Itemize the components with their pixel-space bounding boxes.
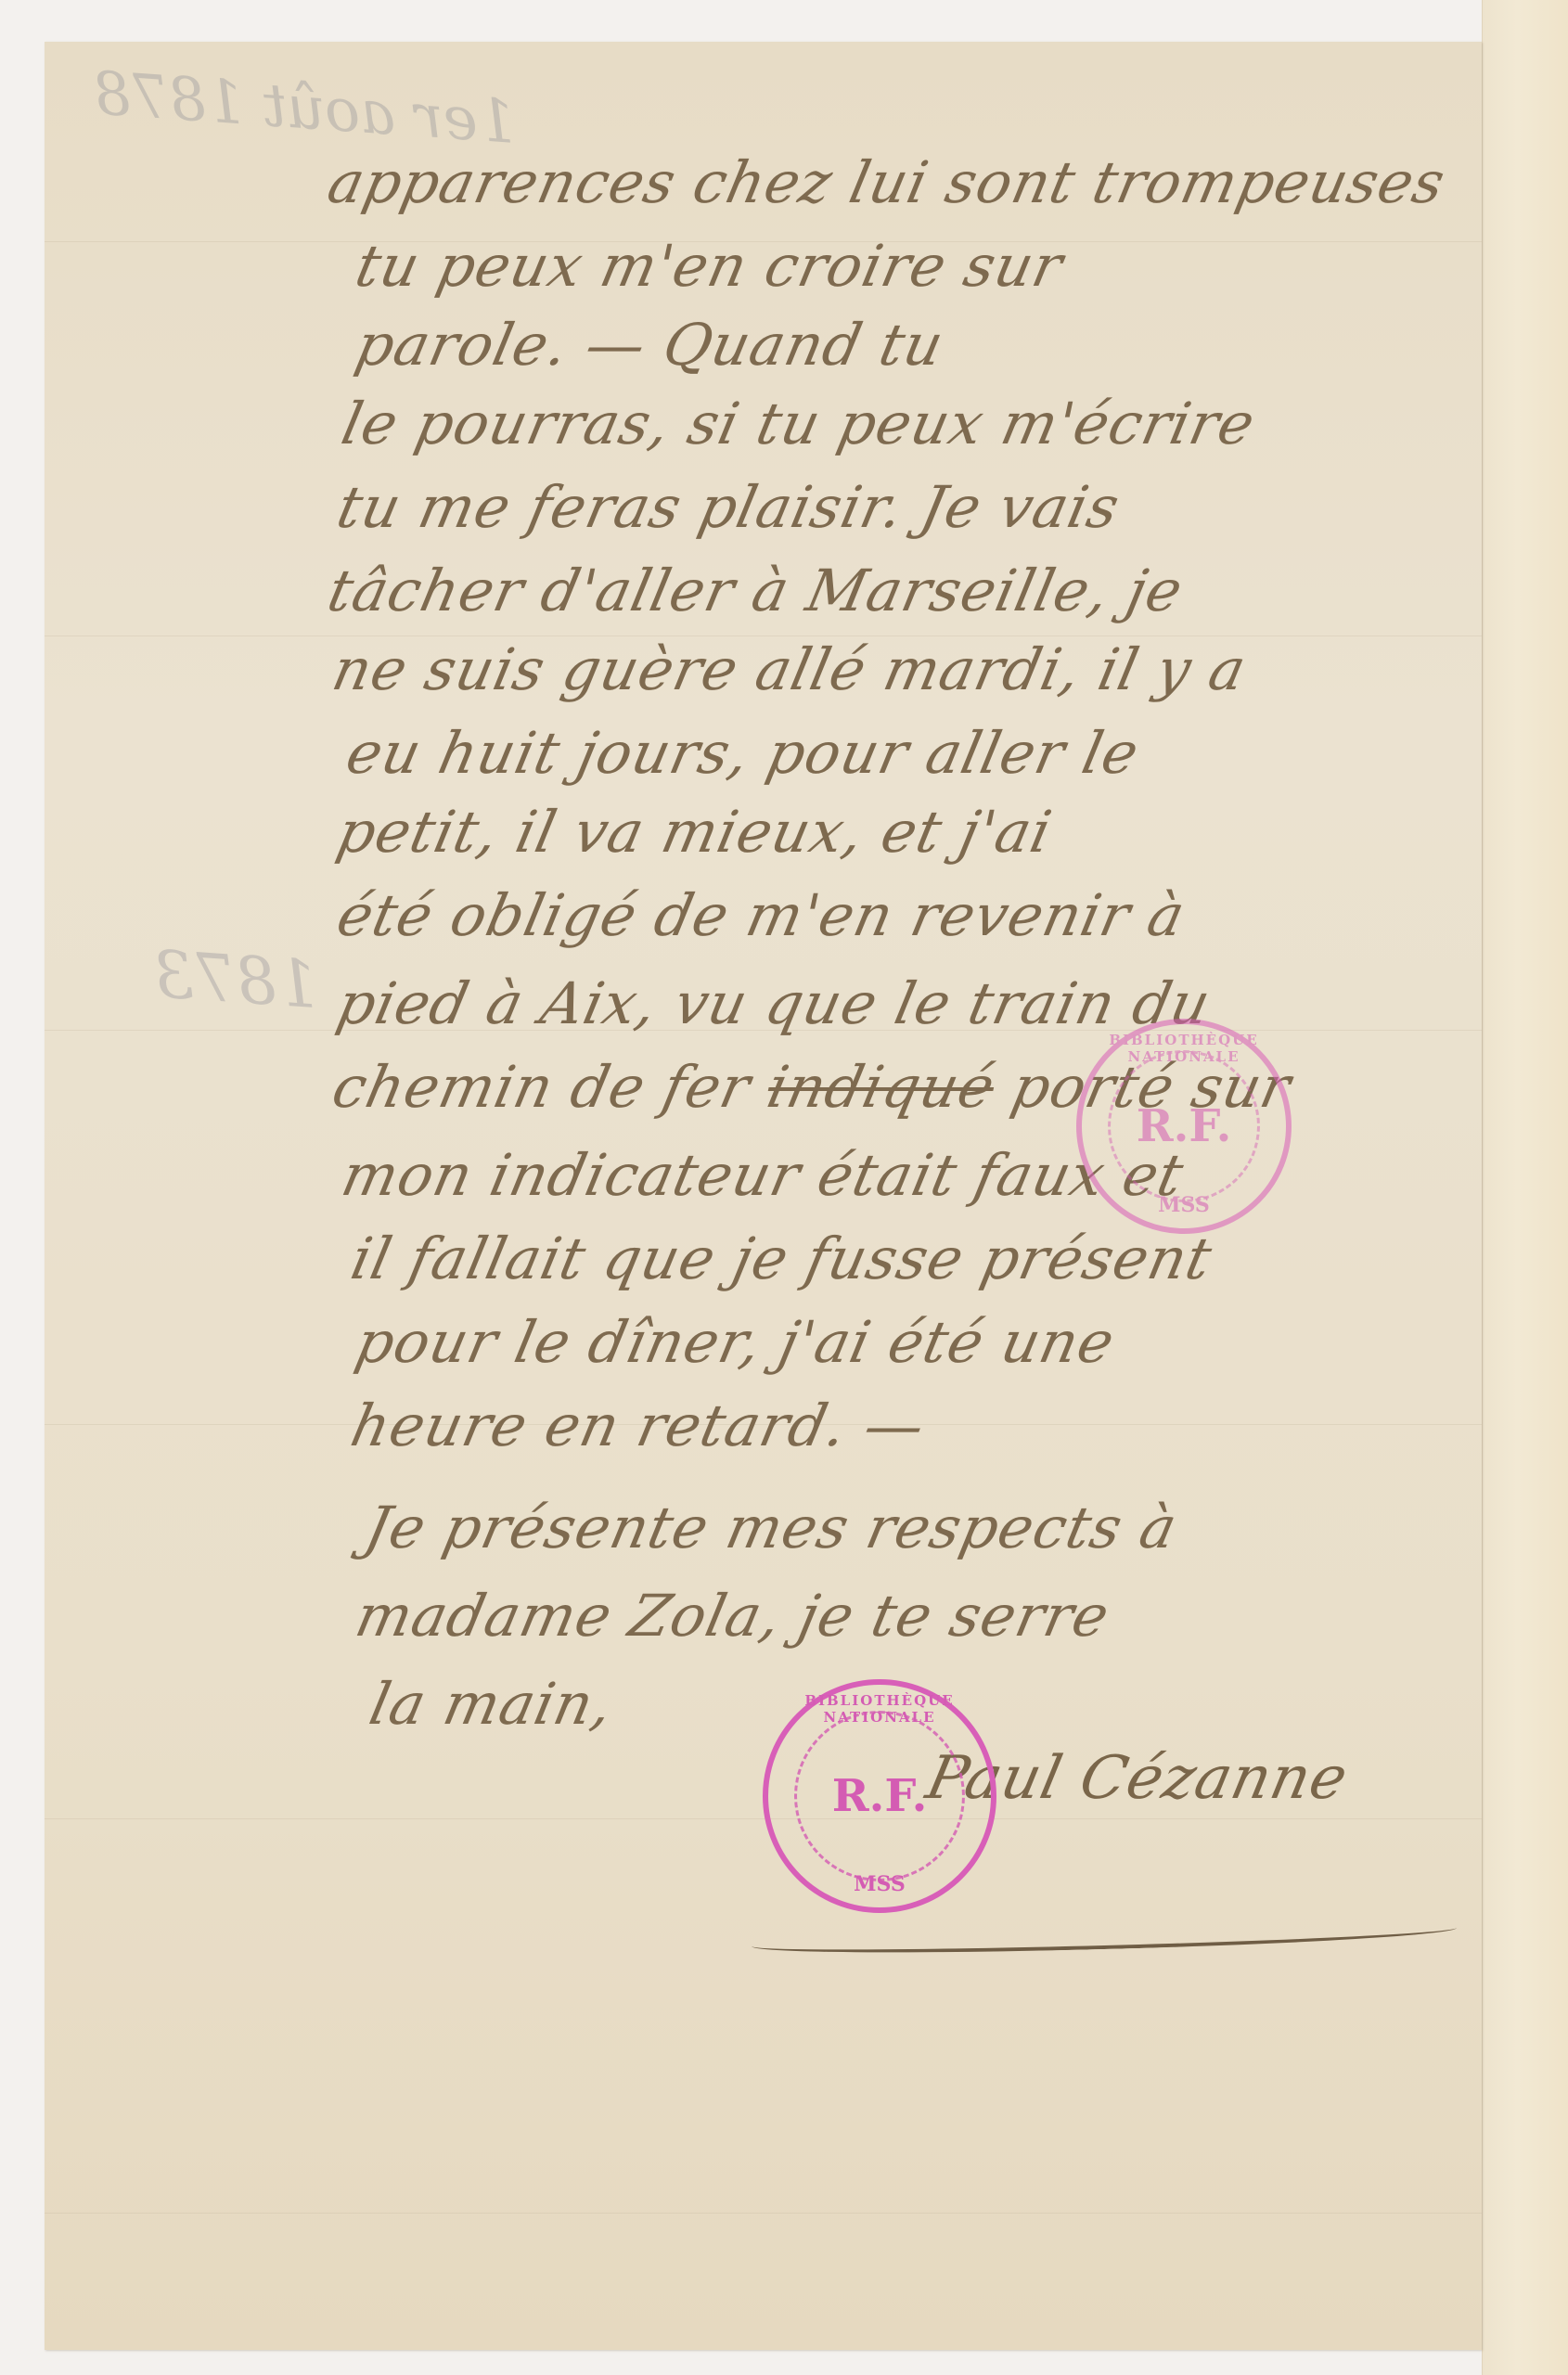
library-stamp-faded: BIBLIOTHÈQUE NATIONALE R.F. MSS xyxy=(1076,1019,1292,1234)
letter-line-17: Je présente mes respects à xyxy=(359,1494,1183,1561)
library-stamp: BIBLIOTHÈQUE NATIONALE R.F. MSS xyxy=(763,1679,996,1913)
stamp-bottom-text: MSS xyxy=(1082,1193,1286,1217)
letter-line-9: petit, il va mieux, et j'ai xyxy=(331,798,1058,866)
letter-line-12-start: chemin de fer xyxy=(327,1053,756,1121)
stamp-bottom-text: MSS xyxy=(768,1872,991,1896)
stamp-ring-text: BIBLIOTHÈQUE NATIONALE xyxy=(1082,1032,1286,1065)
letter-line-8: eu huit jours, pour aller le xyxy=(341,719,1145,787)
letter-line-4: le pourras, si tu peux m'écrire xyxy=(336,390,1261,457)
letter-line-11: pied à Aix, vu que le train du xyxy=(331,969,1216,1037)
letter-line-7: ne suis guère allé mardi, il y a xyxy=(327,635,1253,703)
paper-rule xyxy=(45,1818,1482,1819)
stamp-inner-ring xyxy=(794,1711,965,1881)
letter-line-14: il fallait que je fusse présent xyxy=(345,1225,1218,1292)
letter-line-16: heure en retard. — xyxy=(345,1392,931,1459)
struck-word: indiqué xyxy=(762,1053,1001,1121)
stamp-ring-text: BIBLIOTHÈQUE NATIONALE xyxy=(768,1692,991,1726)
letter-line-5: tu me feras plaisir. Je vais xyxy=(331,473,1125,541)
letter-line-18: madame Zola, je te serre xyxy=(350,1582,1115,1650)
letter-line-10: été obligé de m'en revenir à xyxy=(331,881,1191,949)
show-through-year: 1873 xyxy=(150,936,320,1023)
backing-page xyxy=(1482,0,1568,2375)
letter-line-15: pour le dîner, j'ai été une xyxy=(350,1308,1121,1376)
letter-line-13: mon indicateur était faux et xyxy=(336,1141,1189,1209)
stamp-inner-ring xyxy=(1108,1050,1260,1202)
letter-line-2: tu peux m'en croire sur xyxy=(350,232,1069,300)
letter-line-6: tâcher d'aller à Marseille, je xyxy=(322,557,1189,624)
paper-rule xyxy=(45,2213,1482,2214)
letter-line-1: apparences chez lui sont trompeuses xyxy=(322,148,1451,216)
letter-line-3: parole. — Quand tu xyxy=(350,311,950,379)
letter-line-19: la main, xyxy=(364,1670,619,1738)
